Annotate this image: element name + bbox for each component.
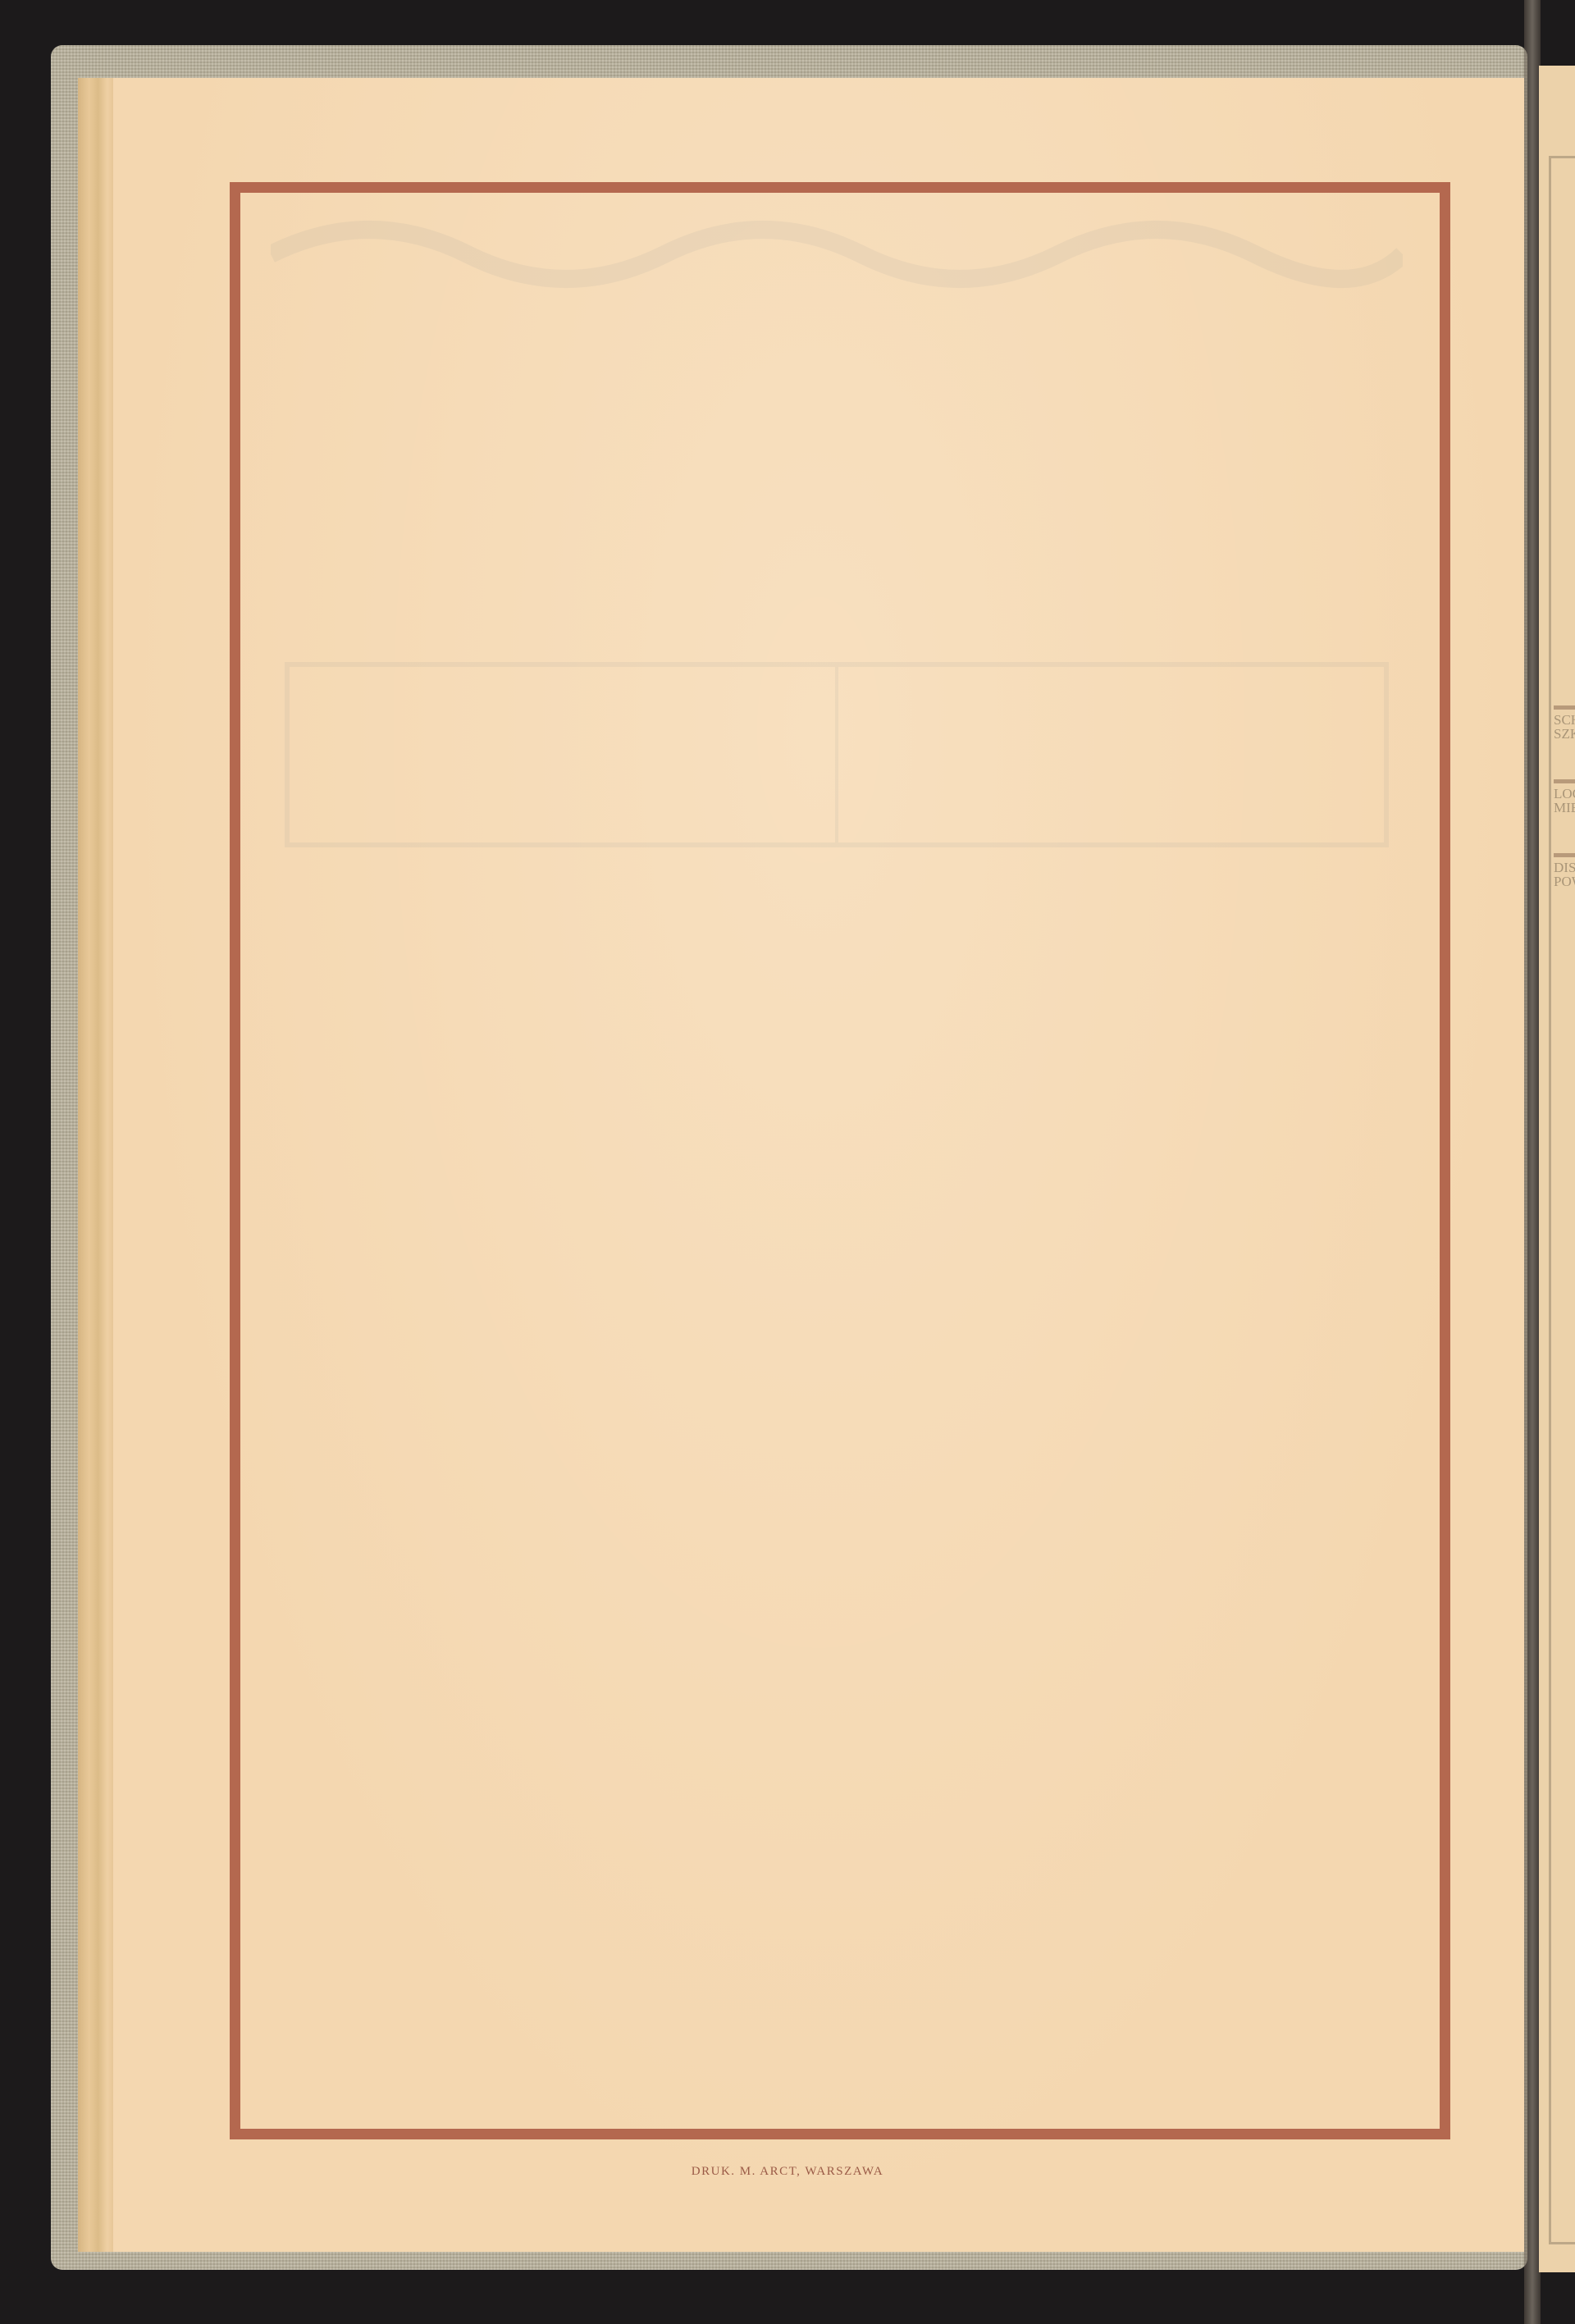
- label-line: DIST: [1554, 861, 1575, 874]
- label-line: POW: [1554, 874, 1575, 888]
- label-line: LOC: [1554, 787, 1575, 801]
- next-page-label: SCH SZK: [1554, 705, 1575, 741]
- book-gutter: [1524, 0, 1541, 2324]
- next-page-frame: [1549, 156, 1575, 2244]
- decorative-border-frame: [230, 182, 1450, 2139]
- page-edges: [78, 78, 115, 2252]
- printer-imprint: DRUK. M. ARCT, WARSZAWA: [0, 2165, 1575, 2179]
- next-page-sliver: SCH SZK LOC MIE DIST POW: [1539, 66, 1575, 2272]
- next-page-label: DIST POW: [1554, 853, 1575, 888]
- label-line: MIE: [1554, 801, 1575, 815]
- label-line: SZK: [1554, 727, 1575, 741]
- label-line: SCH: [1554, 713, 1575, 727]
- next-page-label: LOC MIE: [1554, 779, 1575, 815]
